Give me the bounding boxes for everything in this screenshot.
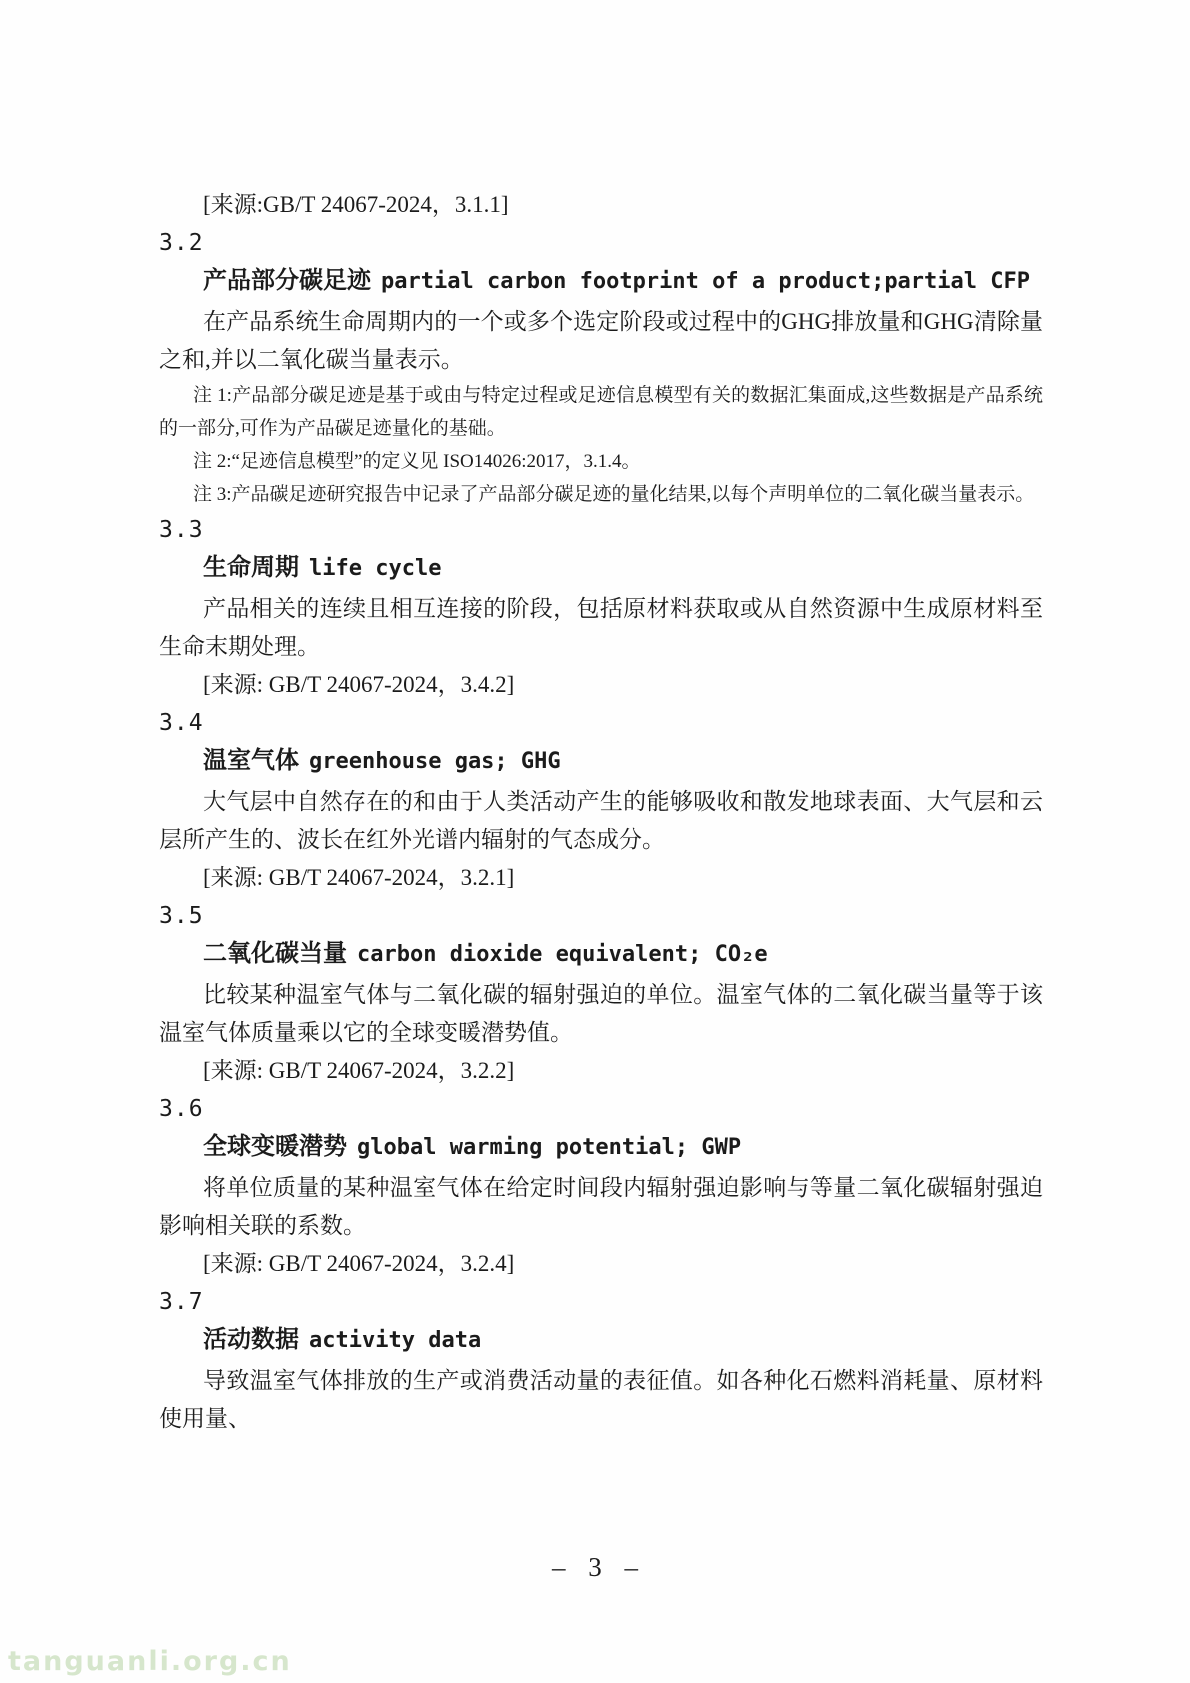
- definition-paragraph: 导致温室气体排放的生产或消费活动量的表征值。如各种化石燃料消耗量、原材料使用量、: [159, 1362, 1043, 1438]
- term-zh: 二氧化碳当量: [203, 940, 347, 967]
- term-zh: 活动数据: [203, 1326, 299, 1353]
- term-en: activity data: [309, 1328, 481, 1353]
- source-line: [来源: GB/T 24067-2024，3.2.2]: [159, 1052, 1043, 1090]
- term-en: partial carbon footprint of a product;pa…: [381, 269, 1030, 294]
- document-page: [来源:GB/T 24067-2024，3.1.1] 3.2 产品部分碳足迹pa…: [0, 0, 1190, 1683]
- section-3-2: 3.2 产品部分碳足迹partial carbon footprint of a…: [159, 224, 1043, 511]
- definition-paragraph: 产品相关的连续且相互连接的阶段，包括原材料获取或从自然资源中生成原材料至生命末期…: [159, 590, 1043, 666]
- source-line: [来源: GB/T 24067-2024，3.2.1]: [159, 859, 1043, 897]
- source-line: [来源: GB/T 24067-2024，3.2.4]: [159, 1245, 1043, 1283]
- section-number: 3.4: [159, 704, 1043, 742]
- section-3-3: 3.3 生命周期life cycle 产品相关的连续且相互连接的阶段，包括原材料…: [159, 511, 1043, 704]
- term-zh: 温室气体: [203, 747, 299, 774]
- term-line: 全球变暖潜势global warming potential; GWP: [159, 1128, 1043, 1169]
- section-number: 3.3: [159, 511, 1043, 549]
- term-zh: 产品部分碳足迹: [203, 267, 371, 294]
- definition-paragraph: 比较某种温室气体与二氧化碳的辐射强迫的单位。温室气体的二氧化碳当量等于该温室气体…: [159, 976, 1043, 1052]
- section-number: 3.2: [159, 224, 1043, 262]
- note-paragraph: 注 3:产品碳足迹研究报告中记录了产品部分碳足迹的量化结果,以每个声明单位的二氧…: [159, 478, 1043, 511]
- term-line: 二氧化碳当量carbon dioxide equivalent; CO₂e: [159, 935, 1043, 976]
- definition-paragraph: 大气层中自然存在的和由于人类活动产生的能够吸收和散发地球表面、大气层和云层所产生…: [159, 783, 1043, 859]
- note-paragraph: 注 2:“足迹信息模型”的定义见 ISO14026:2017，3.1.4。: [159, 445, 1043, 478]
- term-line: 温室气体greenhouse gas; GHG: [159, 742, 1043, 783]
- term-en: global warming potential; GWP: [357, 1135, 741, 1160]
- section-3-5: 3.5 二氧化碳当量carbon dioxide equivalent; CO₂…: [159, 897, 1043, 1090]
- note-paragraph: 注 1:产品部分碳足迹是基于或由与特定过程或足迹信息模型有关的数据汇集面成,这些…: [159, 379, 1043, 445]
- document-content: [来源:GB/T 24067-2024，3.1.1] 3.2 产品部分碳足迹pa…: [159, 186, 1043, 1438]
- section-3-4: 3.4 温室气体greenhouse gas; GHG 大气层中自然存在的和由于…: [159, 704, 1043, 897]
- term-en: carbon dioxide equivalent; CO₂e: [357, 942, 768, 967]
- section-3-7: 3.7 活动数据activity data 导致温室气体排放的生产或消费活动量的…: [159, 1283, 1043, 1438]
- section-number: 3.5: [159, 897, 1043, 935]
- watermark: tanguanli.org.cn: [8, 1646, 292, 1677]
- term-en: life cycle: [309, 556, 441, 581]
- term-line: 生命周期life cycle: [159, 549, 1043, 590]
- term-line: 产品部分碳足迹partial carbon footprint of a pro…: [159, 262, 1043, 303]
- page-number: – 3 –: [0, 1552, 1190, 1583]
- term-zh: 生命周期: [203, 554, 299, 581]
- source-line: [来源:GB/T 24067-2024，3.1.1]: [159, 186, 1043, 224]
- term-en: greenhouse gas; GHG: [309, 749, 561, 774]
- definition-paragraph: 将单位质量的某种温室气体在给定时间段内辐射强迫影响与等量二氧化碳辐射强迫影响相关…: [159, 1169, 1043, 1245]
- section-number: 3.7: [159, 1283, 1043, 1321]
- section-3-6: 3.6 全球变暖潜势global warming potential; GWP …: [159, 1090, 1043, 1283]
- section-number: 3.6: [159, 1090, 1043, 1128]
- definition-paragraph: 在产品系统生命周期内的一个或多个选定阶段或过程中的GHG排放量和GHG清除量之和…: [159, 303, 1043, 379]
- term-line: 活动数据activity data: [159, 1321, 1043, 1362]
- source-line: [来源: GB/T 24067-2024，3.4.2]: [159, 666, 1043, 704]
- term-zh: 全球变暖潜势: [203, 1133, 347, 1160]
